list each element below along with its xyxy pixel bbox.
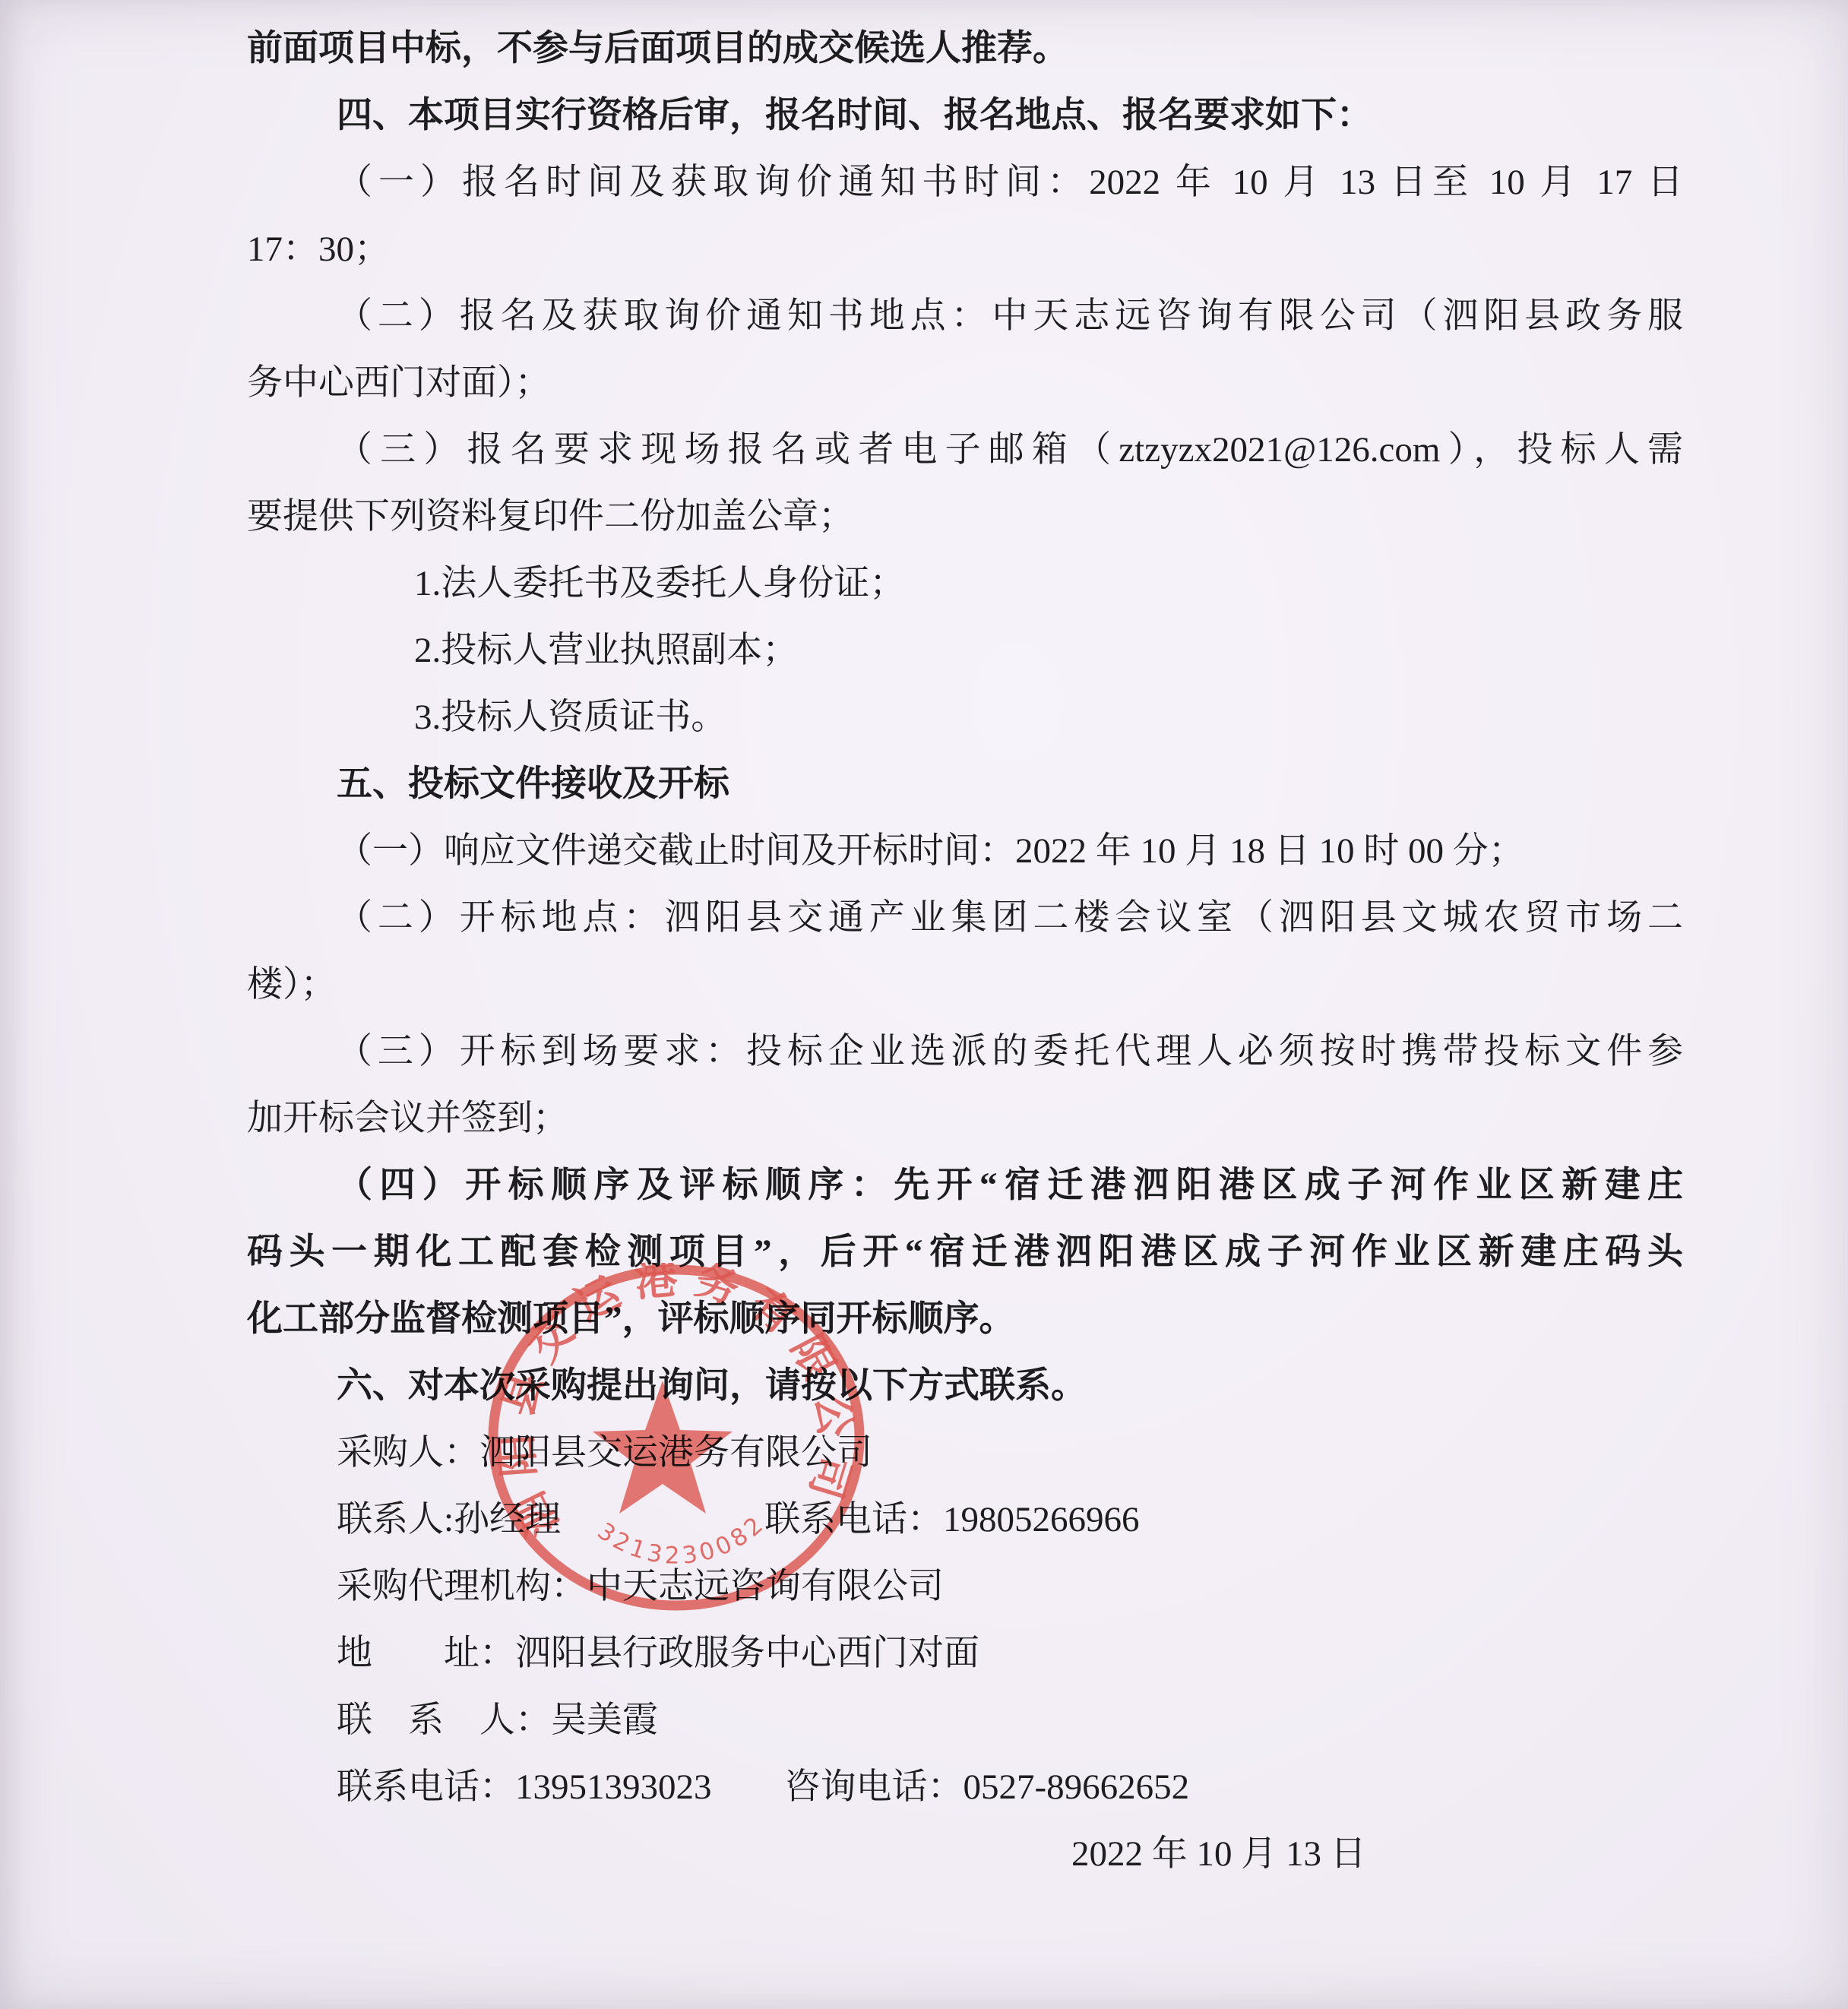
item-open-place-wrap: 楼）； [247,951,1683,1018]
paragraph-carryover-line: 前面项目中标，不参与后面项目的成交候选人推荐。 [247,15,1683,82]
list-item-1: 1.法人委托书及委托人身份证； [247,550,1683,617]
item-open-order-wrap-2: 化工部分监督检测项目”，评标顺序同开标顺序。 [247,1286,1683,1353]
item-signup-place: （二）报名及获取询价通知书地点：中天志远咨询有限公司（泗阳县政务服 [247,283,1683,350]
scanned-document-page: 前面项目中标，不参与后面项目的成交候选人推荐。 四、本项目实行资格后审，报名时间… [0,0,1848,2009]
list-item-3: 3.投标人资质证书。 [247,684,1683,751]
item-signup-requirement: （三）报名要求现场报名或者电子邮箱（ztzyzx2021@126.com），投标… [247,416,1683,483]
item-signup-time-wrap: 17：30； [247,216,1683,283]
purchaser-line: 采购人：泗阳县交运港务有限公司 [247,1419,1683,1486]
item-signup-place-wrap: 务中心西门对面）； [247,350,1683,416]
inquiry-phone: 咨询电话：0527-89662652 [785,1767,1190,1807]
item-signup-requirement-wrap: 要提供下列资料复印件二份加盖公章； [247,483,1683,550]
seal-star-icon [593,1381,733,1514]
agency-contact-line: 联 系 人：吴美霞 [247,1687,1683,1754]
address-line: 地 址：泗阳县行政服务中心西门对面 [247,1620,1683,1687]
item-signup-time: （一）报名时间及获取询价通知书时间：2022 年 10 月 13 日至 10 月… [247,149,1683,216]
section-5-heading: 五、投标文件接收及开标 [247,751,1683,818]
item-attendance-requirement: （三）开标到场要求：投标企业选派的委托代理人必须按时携带投标文件参 [247,1018,1683,1085]
item-attendance-requirement-wrap: 加开标会议并签到； [247,1085,1683,1152]
agency-line: 采购代理机构：中天志远咨询有限公司 [247,1553,1683,1620]
phones-line: 联系电话：13951393023咨询电话：0527-89662652 [247,1754,1683,1821]
section-6-heading: 六、对本次采购提出询问，请按以下方式联系。 [247,1353,1683,1419]
section-4-heading: 四、本项目实行资格后审，报名时间、报名地点、报名要求如下： [247,82,1683,149]
contact-manager-line: 联系人:孙经理联系电话：19805266966 [247,1486,1683,1553]
item-open-place: （二）开标地点：泗阳县交通产业集团二楼会议室（泗阳县文城农贸市场二 [247,884,1683,951]
seal-company-text: 泗阳县交运港务有限公司 [493,1263,859,1543]
red-company-seal: 泗阳县交运港务有限公司 32132300820 [486,1263,866,1612]
item-open-order-wrap-1: 码头一期化工配套检测项目”，后开“宿迁港泗阳港区成子河作业区新建庄码头 [247,1219,1683,1286]
document-date: 2022 年 10 月 13 日 [247,1821,1683,1887]
item-deadline-time: （一）响应文件递交截止时间及开标时间：2022 年 10 月 18 日 10 时… [247,818,1683,884]
list-item-2: 2.投标人营业执照副本； [247,617,1683,684]
item-open-order: （四）开标顺序及评标顺序：先开“宿迁港泗阳港区成子河作业区新建庄 [247,1152,1683,1219]
agency-phone: 联系电话：13951393023 [337,1767,712,1807]
